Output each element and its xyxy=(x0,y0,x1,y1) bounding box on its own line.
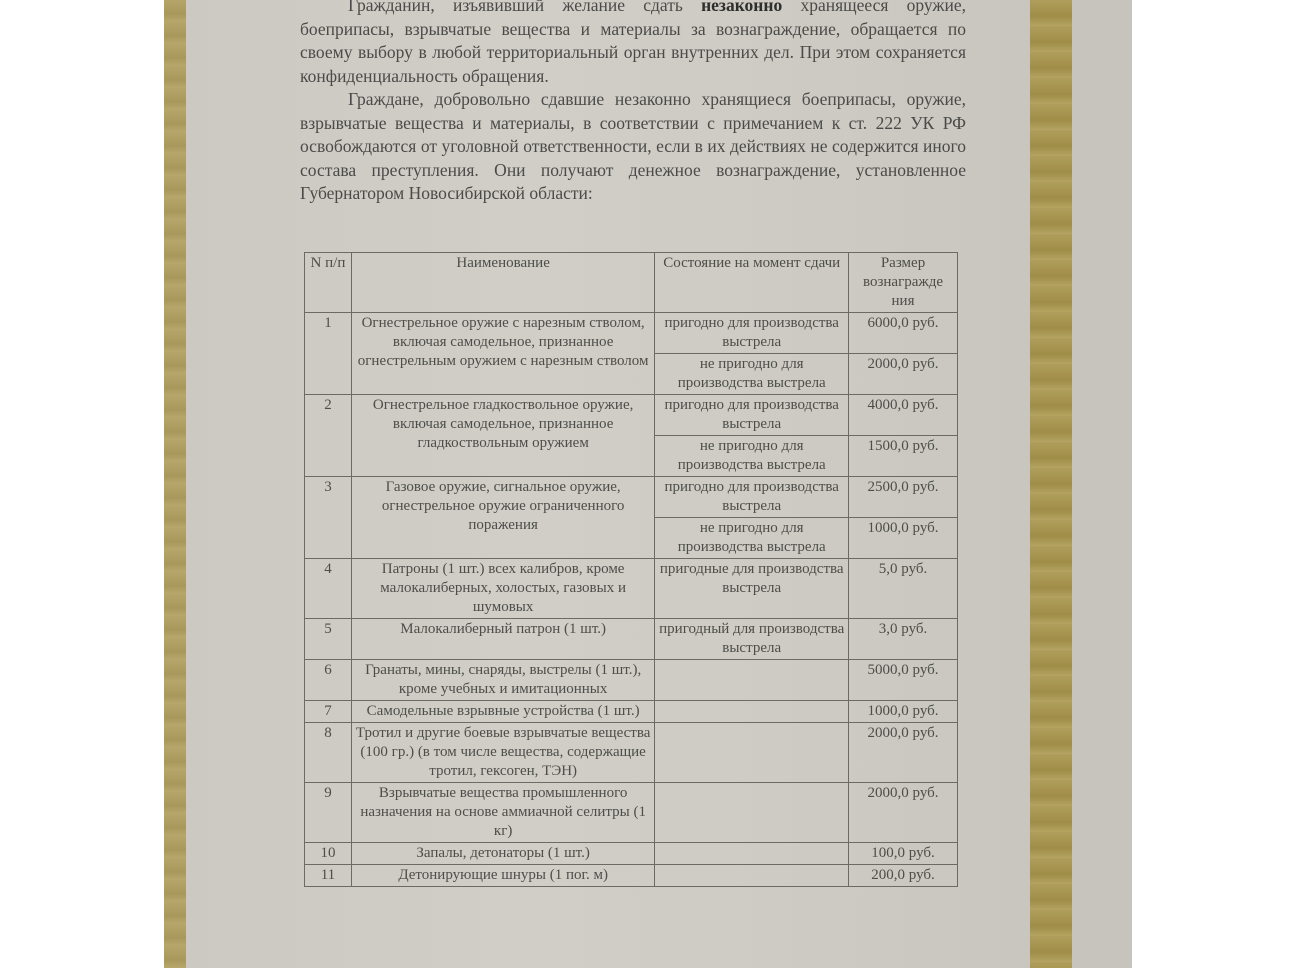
item-state xyxy=(655,723,849,783)
header-state: Состояние на момент сдачи xyxy=(655,253,849,313)
row-number: 5 xyxy=(305,619,352,660)
item-state: пригодно для производства выстрела xyxy=(655,395,849,436)
reward-amount: 1000,0 руб. xyxy=(849,701,958,723)
table-row: 6Гранаты, мины, снаряды, выстрелы (1 шт.… xyxy=(305,660,958,701)
table-row: 2Огнестрельное гладкоствольное оружие, в… xyxy=(305,395,958,436)
table-row: 3Газовое оружие, сигнальное оружие, огне… xyxy=(305,477,958,518)
wooden-board-right xyxy=(1030,0,1072,968)
table-row: 7Самодельные взрывные устройства (1 шт.)… xyxy=(305,701,958,723)
item-name: Запалы, детонаторы (1 шт.) xyxy=(351,843,654,865)
paper-sheet-right xyxy=(1072,0,1132,968)
table-row: 10Запалы, детонаторы (1 шт.)100,0 руб. xyxy=(305,843,958,865)
item-state: не пригодно для производства выстрела xyxy=(655,436,849,477)
item-state xyxy=(655,865,849,887)
header-num: N п/п xyxy=(305,253,352,313)
table-row: 8Тротил и другие боевые взрывчатые вещес… xyxy=(305,723,958,783)
table-row: 5Малокалиберный патрон (1 шт.)пригодный … xyxy=(305,619,958,660)
row-number: 1 xyxy=(305,313,352,395)
paragraph-1: Гражданин, изъявивший желание сдать неза… xyxy=(300,0,966,88)
item-name: Огнестрельное оружие с нарезным стволом,… xyxy=(351,313,654,395)
row-number: 7 xyxy=(305,701,352,723)
item-state: не пригодно для производства выстрела xyxy=(655,354,849,395)
reward-amount: 1000,0 руб. xyxy=(849,518,958,559)
table-row: 1Огнестрельное оружие с нарезным стволом… xyxy=(305,313,958,354)
paragraph-2: Граждане, добровольно сдавшие незаконно … xyxy=(300,88,966,206)
item-name: Детонирующие шнуры (1 пог. м) xyxy=(351,865,654,887)
reward-amount: 5000,0 руб. xyxy=(849,660,958,701)
item-state: пригодно для производства выстрела xyxy=(655,313,849,354)
reward-table: N п/п Наименование Состояние на момент с… xyxy=(304,252,958,887)
item-name: Взрывчатые вещества промышленного назнач… xyxy=(351,783,654,843)
row-number: 6 xyxy=(305,660,352,701)
reward-amount: 1500,0 руб. xyxy=(849,436,958,477)
bold-word: незаконно xyxy=(701,0,782,15)
item-name: Патроны (1 шт.) всех калибров, кроме мал… xyxy=(351,559,654,619)
item-state: не пригодно для производства выстрела xyxy=(655,518,849,559)
item-name: Самодельные взрывные устройства (1 шт.) xyxy=(351,701,654,723)
item-state: пригодно для производства выстрела xyxy=(655,477,849,518)
reward-amount: 6000,0 руб. xyxy=(849,313,958,354)
item-name: Малокалиберный патрон (1 шт.) xyxy=(351,619,654,660)
table-row: 9Взрывчатые вещества промышленного назна… xyxy=(305,783,958,843)
table-header-row: N п/п Наименование Состояние на момент с… xyxy=(305,253,958,313)
table-row: 4Патроны (1 шт.) всех калибров, кроме ма… xyxy=(305,559,958,619)
row-number: 10 xyxy=(305,843,352,865)
row-number: 11 xyxy=(305,865,352,887)
item-state xyxy=(655,783,849,843)
header-name: Наименование xyxy=(351,253,654,313)
reward-amount: 100,0 руб. xyxy=(849,843,958,865)
reward-amount: 4000,0 руб. xyxy=(849,395,958,436)
row-number: 3 xyxy=(305,477,352,559)
notice-text: Гражданин, изъявивший желание сдать неза… xyxy=(300,0,966,206)
item-state xyxy=(655,843,849,865)
item-name: Газовое оружие, сигнальное оружие, огнес… xyxy=(351,477,654,559)
reward-amount: 5,0 руб. xyxy=(849,559,958,619)
row-number: 4 xyxy=(305,559,352,619)
item-name: Гранаты, мины, снаряды, выстрелы (1 шт.)… xyxy=(351,660,654,701)
item-state: пригодный для производства выстрела xyxy=(655,619,849,660)
wooden-board-left xyxy=(164,0,186,968)
item-state: пригодные для производства выстрела xyxy=(655,559,849,619)
reward-amount: 2000,0 руб. xyxy=(849,354,958,395)
item-name: Огнестрельное гладкоствольное оружие, вк… xyxy=(351,395,654,477)
row-number: 8 xyxy=(305,723,352,783)
item-name: Тротил и другие боевые взрывчатые вещест… xyxy=(351,723,654,783)
row-number: 9 xyxy=(305,783,352,843)
row-number: 2 xyxy=(305,395,352,477)
reward-amount: 2500,0 руб. xyxy=(849,477,958,518)
reward-amount: 2000,0 руб. xyxy=(849,783,958,843)
reward-amount: 3,0 руб. xyxy=(849,619,958,660)
reward-amount: 200,0 руб. xyxy=(849,865,958,887)
header-amount: Размер вознагражде ния xyxy=(849,253,958,313)
reward-amount: 2000,0 руб. xyxy=(849,723,958,783)
item-state xyxy=(655,701,849,723)
item-state xyxy=(655,660,849,701)
table-row: 11Детонирующие шнуры (1 пог. м)200,0 руб… xyxy=(305,865,958,887)
